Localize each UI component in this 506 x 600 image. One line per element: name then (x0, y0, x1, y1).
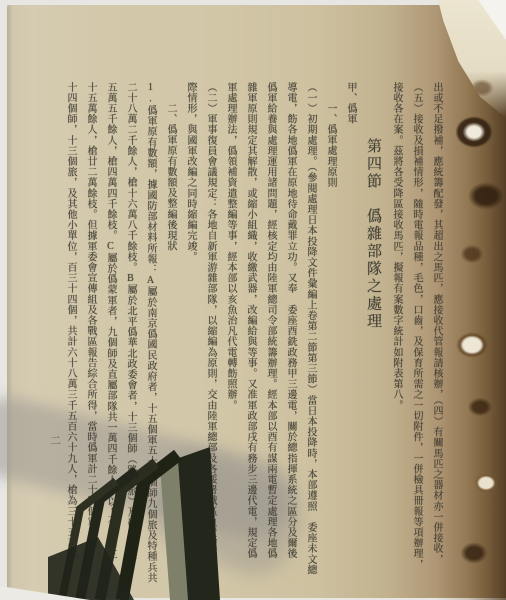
text-column: 雜軍原則規定其解散，或縮小組織，收繳武器，改編給與等事。又准軍政部戌有務步三邊代… (240, 82, 260, 587)
stacked-books-stamp-icon (38, 437, 228, 600)
scanned-page: 出或不足撥補，應統籌配發，其超出之馬匹，應接收代管報請核辦，（四）有關馬匹之器材… (0, 0, 506, 600)
book-pages (48, 447, 220, 600)
section-heading: 第四節 僞雜部隊之處理 (360, 82, 386, 587)
text-column: 僞軍給養與處理運用諸問題，經核定均由陸軍總司令部統籌辦理。經本部以酉有謀兩電暫定… (260, 82, 280, 587)
text-column: 導電，飭各地僞軍在原地待命戴罪立功。又奉 委座酉銑政務甲三邊電，關於總指揮系統之… (280, 82, 300, 587)
text-column: 一、僞軍處理原則 (320, 82, 340, 587)
text-column: 接收各在案。茲將各受降區接收馬匹，擬報有案數字統計如附表第八。 (386, 82, 406, 587)
text-column: 甲、僞軍 (340, 82, 360, 587)
text-column: （一）初期處理。（參閱處理日本投降文件彙編上卷第二節第三節）當日本投降時，本部遵… (300, 82, 320, 587)
page-left-edge-shadow (7, 5, 13, 600)
